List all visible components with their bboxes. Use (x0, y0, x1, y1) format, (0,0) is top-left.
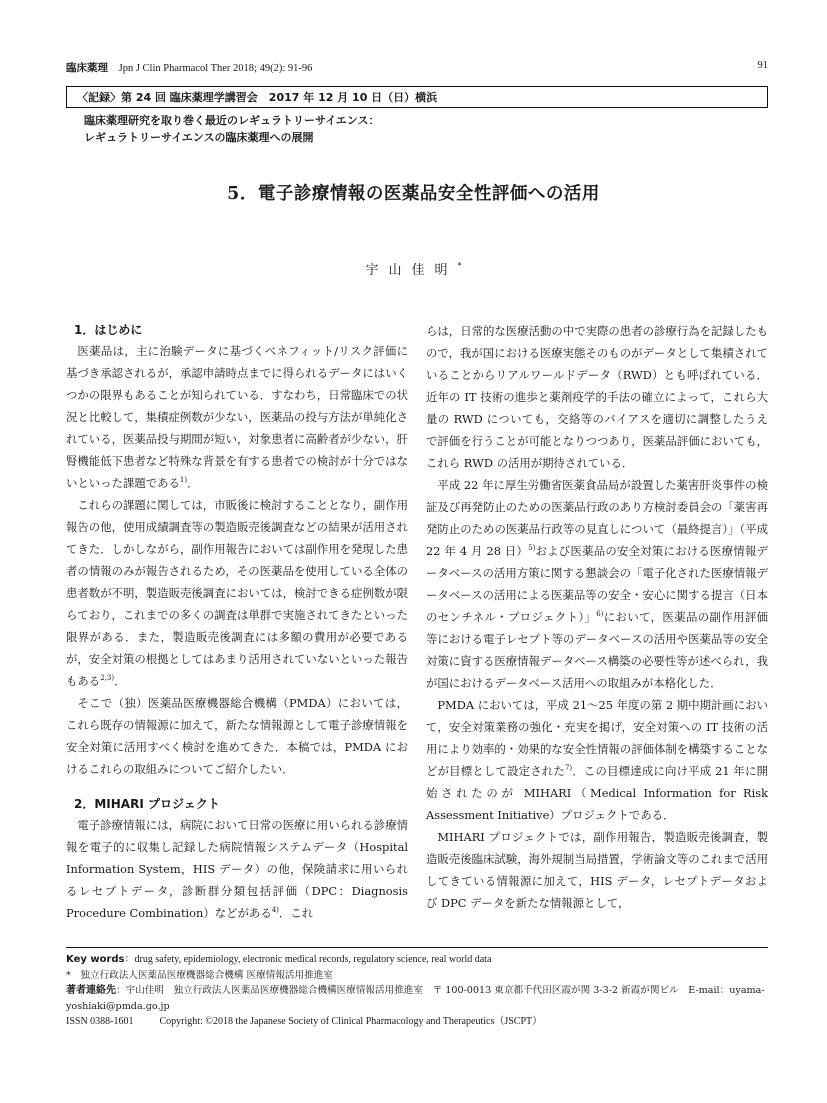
paragraph-continued: らは，日常的な医療活動の中で実際の患者の診療行為を記録したもので，我が国における… (426, 320, 768, 474)
paragraph-text: 医薬品は，主に治験データに基づくベネフィット/リスク評価に基づき承認されるが，承… (66, 344, 408, 490)
keywords-text: ：drug safety, epidemiology, electronic m… (125, 954, 492, 965)
paragraph-text: 電子診療情報には，病院において日常の医療に用いられる診療情報を電子的に収集し記録… (66, 818, 408, 920)
paragraph-text: ． (114, 674, 125, 688)
citation: Jpn J Clin Pharmacol Ther 2018; 49(2): 9… (119, 63, 313, 74)
keywords-label: Key words (66, 954, 125, 965)
paragraph: PMDA においては，平成 21～25 年度の第 2 期中期計画において，安全対… (426, 694, 768, 826)
copyright: Copyright: ©2018 the Japanese Society of… (160, 1016, 543, 1027)
left-column: 1．はじめに 医薬品は，主に治験データに基づくベネフィット/リスク評価に基づき承… (66, 320, 408, 924)
series-line-2: レギュラトリーサイエンスの臨床薬理への展開 (84, 129, 379, 146)
contact: 著者連絡先：宇山佳明 独立行政法人医薬品医療機器総合機構医療情報活用推進室 〒 … (66, 983, 768, 1014)
citation-ref: 4) (272, 906, 279, 914)
affiliation: * 独立行政法人医薬品医療機器総合機構 医療情報活用推進室 (66, 968, 768, 984)
series-line-1: 臨床薬理研究を取り巻く最近のレギュラトリーサイエンス： (84, 112, 379, 129)
author-name: 宇山佳明 (365, 263, 457, 278)
issn-copyright: ISSN 0388-1601Copyright: ©2018 the Japan… (66, 1014, 768, 1030)
article-title: 5．電子診療情報の医薬品安全性評価への活用 (0, 180, 827, 205)
footer: Key words：drug safety, epidemiology, ele… (66, 952, 768, 1030)
section-heading-intro: 1．はじめに (74, 320, 408, 340)
paragraph: そこで（独）医薬品医療機器総合機構（PMDA）においては，これら既存の情報源に加… (66, 692, 408, 780)
right-column: らは，日常的な医療活動の中で実際の患者の診療行為を記録したもので，我が国における… (426, 320, 768, 914)
paragraph-text: ． (187, 476, 198, 490)
issn: ISSN 0388-1601 (66, 1016, 134, 1027)
author-affiliation-mark: * (458, 262, 462, 271)
journal-citation: 臨床薬理 Jpn J Clin Pharmacol Ther 2018; 49(… (66, 60, 312, 75)
record-box: 〈記録〉第 24 回 臨床薬理学講習会 2017 年 12 月 10 日（日）横… (66, 86, 768, 108)
running-head: 臨床薬理 Jpn J Clin Pharmacol Ther 2018; 49(… (66, 60, 768, 75)
paragraph: MIHARI プロジェクトでは，副作用報告，製造販売後調査，製造販売後臨床試験，… (426, 826, 768, 914)
contact-label: 著者連絡先 (66, 985, 116, 996)
paragraph: これらの課題に関しては，市販後に検討することとなり，副作用報告の他，使用成績調査… (66, 494, 408, 692)
series-title: 臨床薬理研究を取り巻く最近のレギュラトリーサイエンス： レギュラトリーサイエンス… (84, 112, 379, 146)
section-heading-mihari: 2．MIHARI プロジェクト (74, 794, 408, 814)
paragraph: 医薬品は，主に治験データに基づくベネフィット/リスク評価に基づき承認されるが，承… (66, 340, 408, 494)
paragraph-text: ．これ (279, 906, 313, 920)
contact-text: ：宇山佳明 独立行政法人医薬品医療機器総合機構医療情報活用推進室 〒 100-0… (116, 985, 679, 996)
footer-divider (66, 947, 768, 948)
page-number: 91 (758, 60, 769, 75)
paragraph-text: これらの課題に関しては，市販後に検討することとなり，副作用報告の他，使用成績調査… (66, 498, 408, 688)
paragraph: 電子診療情報には，病院において日常の医療に用いられる診療情報を電子的に収集し記録… (66, 814, 408, 924)
spacer (66, 780, 408, 794)
citation-ref: 2,3) (100, 674, 114, 682)
paragraph: 平成 22 年に厚生労働省医薬食品局が設置した薬害肝炎事件の検証及び再発防止のた… (426, 474, 768, 694)
keywords: Key words：drug safety, epidemiology, ele… (66, 952, 768, 968)
author-line: 宇山佳明* (0, 259, 827, 278)
journal-name-jp: 臨床薬理 (66, 62, 108, 74)
